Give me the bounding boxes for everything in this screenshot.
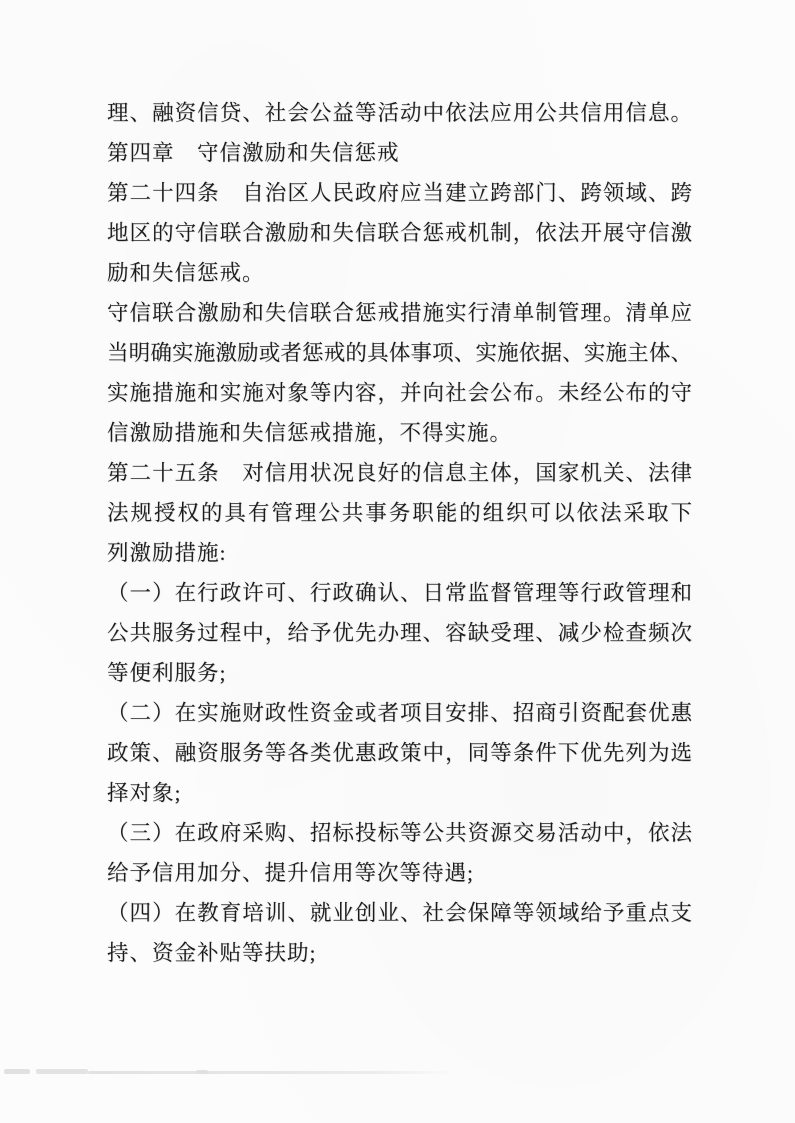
text-line: 守信联合激励和失信联合惩戒措施实行清单制管理。清单应 [107, 293, 692, 333]
document-page: 理、融资信贷、社会公益等活动中依法应用公共信用信息。 第四章 守信激励和失信惩戒… [0, 0, 795, 1123]
scan-shadow-artifact [36, 1069, 88, 1074]
scan-shadow-artifact [4, 1069, 30, 1074]
text-line: 等便利服务; [107, 653, 692, 693]
text-line: 政策、融资服务等各类优惠政策中，同等条件下优先列为选 [107, 733, 692, 773]
chapter-heading-line: 第四章 守信激励和失信惩戒 [107, 133, 692, 173]
text-line: 列激励措施: [107, 533, 692, 573]
list-item-2-line: （二）在实施财政性资金或者项目安排、招商引资配套优惠 [107, 693, 692, 733]
text-line: 持、资金补贴等扶助; [107, 933, 692, 973]
text-line: 实施措施和实施对象等内容，并向社会公布。未经公布的守 [107, 373, 692, 413]
scan-shadow-artifact [88, 1071, 456, 1074]
document-text-block: 理、融资信贷、社会公益等活动中依法应用公共信用信息。 第四章 守信激励和失信惩戒… [107, 93, 692, 973]
text-line: 理、融资信贷、社会公益等活动中依法应用公共信用信息。 [107, 93, 692, 133]
text-line: 励和失信惩戒。 [107, 253, 692, 293]
list-item-3-line: （三）在政府采购、招标投标等公共资源交易活动中，依法 [107, 813, 692, 853]
list-item-1-line: （一）在行政许可、行政确认、日常监督管理等行政管理和 [107, 573, 692, 613]
article-24-line: 第二十四条 自治区人民政府应当建立跨部门、跨领域、跨 [107, 173, 692, 213]
text-line: 择对象; [107, 773, 692, 813]
list-item-4-line: （四）在教育培训、就业创业、社会保障等领域给予重点支 [107, 893, 692, 933]
scan-shadow-artifact [196, 1070, 208, 1074]
text-line: 地区的守信联合激励和失信联合惩戒机制，依法开展守信激 [107, 213, 692, 253]
text-line: 信激励措施和失信惩戒措施，不得实施。 [107, 413, 692, 453]
text-line: 公共服务过程中，给予优先办理、容缺受理、减少检查频次 [107, 613, 692, 653]
article-25-line: 第二十五条 对信用状况良好的信息主体，国家机关、法律 [107, 453, 692, 493]
text-line: 给予信用加分、提升信用等次等待遇; [107, 853, 692, 893]
text-line: 当明确实施激励或者惩戒的具体事项、实施依据、实施主体、 [107, 333, 692, 373]
text-line: 法规授权的具有管理公共事务职能的组织可以依法采取下 [107, 493, 692, 533]
